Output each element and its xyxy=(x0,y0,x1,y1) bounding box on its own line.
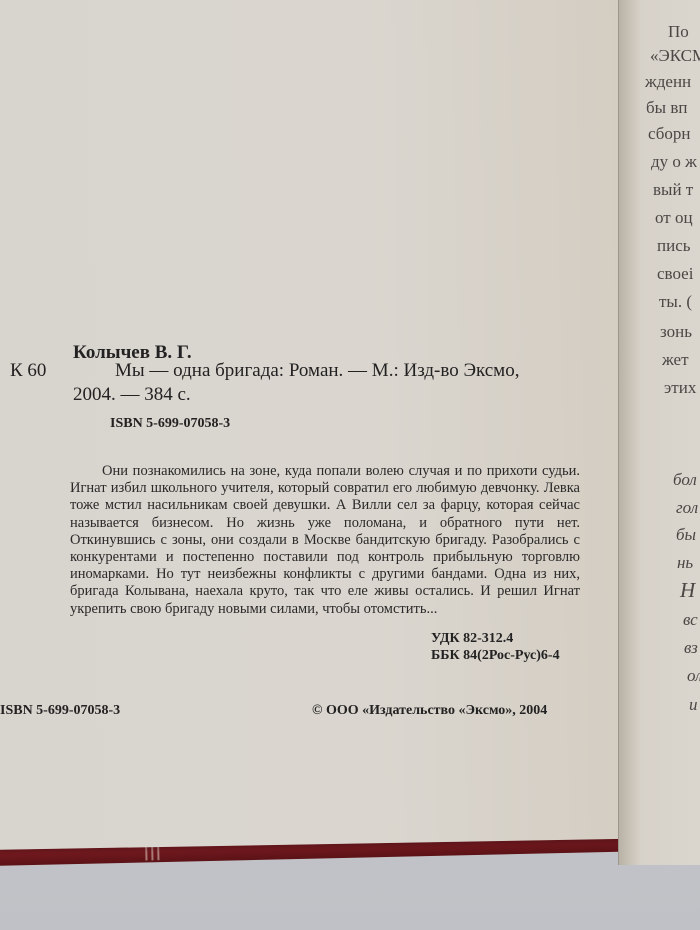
right-page-fragment: По xyxy=(668,22,689,42)
right-page-fragment: нь xyxy=(677,553,693,573)
classification-code: К 60 xyxy=(10,360,46,382)
right-page-fragment: вс xyxy=(683,610,698,630)
right-page-fragment: вз xyxy=(684,638,698,658)
year-pages: 2004. — 384 с. xyxy=(73,384,191,406)
right-page-fragment: вый т xyxy=(653,180,693,200)
udk-bbk-block: УДК 82-312.4 ББК 84(2Рос-Рус)6-4 xyxy=(431,630,560,664)
right-page-fragment: пись xyxy=(657,236,691,256)
right-page-fragment: ты. ( xyxy=(659,292,692,312)
left-page xyxy=(0,0,637,850)
book-title-line: Мы — одна бригада: Роман. — М.: Изд-во Э… xyxy=(115,360,519,382)
right-page-fragment: этих xyxy=(664,378,696,398)
right-page-fragment: ол xyxy=(687,666,700,686)
copyright-line: © ООО «Издательство «Эксмо», 2004 xyxy=(312,703,547,719)
right-page-fragment: и xyxy=(689,695,698,715)
right-page-fragment: Н xyxy=(680,578,695,603)
right-page-fragment: от оц xyxy=(655,208,693,228)
annotation-paragraph: Они познакомились на зоне, куда попали в… xyxy=(70,463,580,618)
right-page-fragment: бы вп xyxy=(646,98,687,118)
right-page-fragment: бол xyxy=(673,470,697,490)
right-page-fragment: «ЭКСМ xyxy=(650,46,700,66)
right-page-fragment: сборн xyxy=(648,124,691,144)
bbk-code: ББК 84(2Рос-Рус)6-4 xyxy=(431,647,560,664)
right-page-fragment: бы xyxy=(676,525,696,545)
isbn: ISBN 5-699-07058-3 xyxy=(110,416,230,432)
right-page-fragment: своеі xyxy=(657,264,693,284)
right-page-fragment: жет xyxy=(662,350,689,370)
right-page-fragment: жденн xyxy=(645,72,691,92)
right-page-fragment: гол xyxy=(676,498,698,518)
isbn-bottom: ISBN 5-699-07058-3 xyxy=(0,703,120,719)
udk-code: УДК 82-312.4 xyxy=(431,630,560,647)
right-page-fragment: ду о ж xyxy=(651,152,697,172)
right-page-fragment: зонь xyxy=(660,322,692,342)
